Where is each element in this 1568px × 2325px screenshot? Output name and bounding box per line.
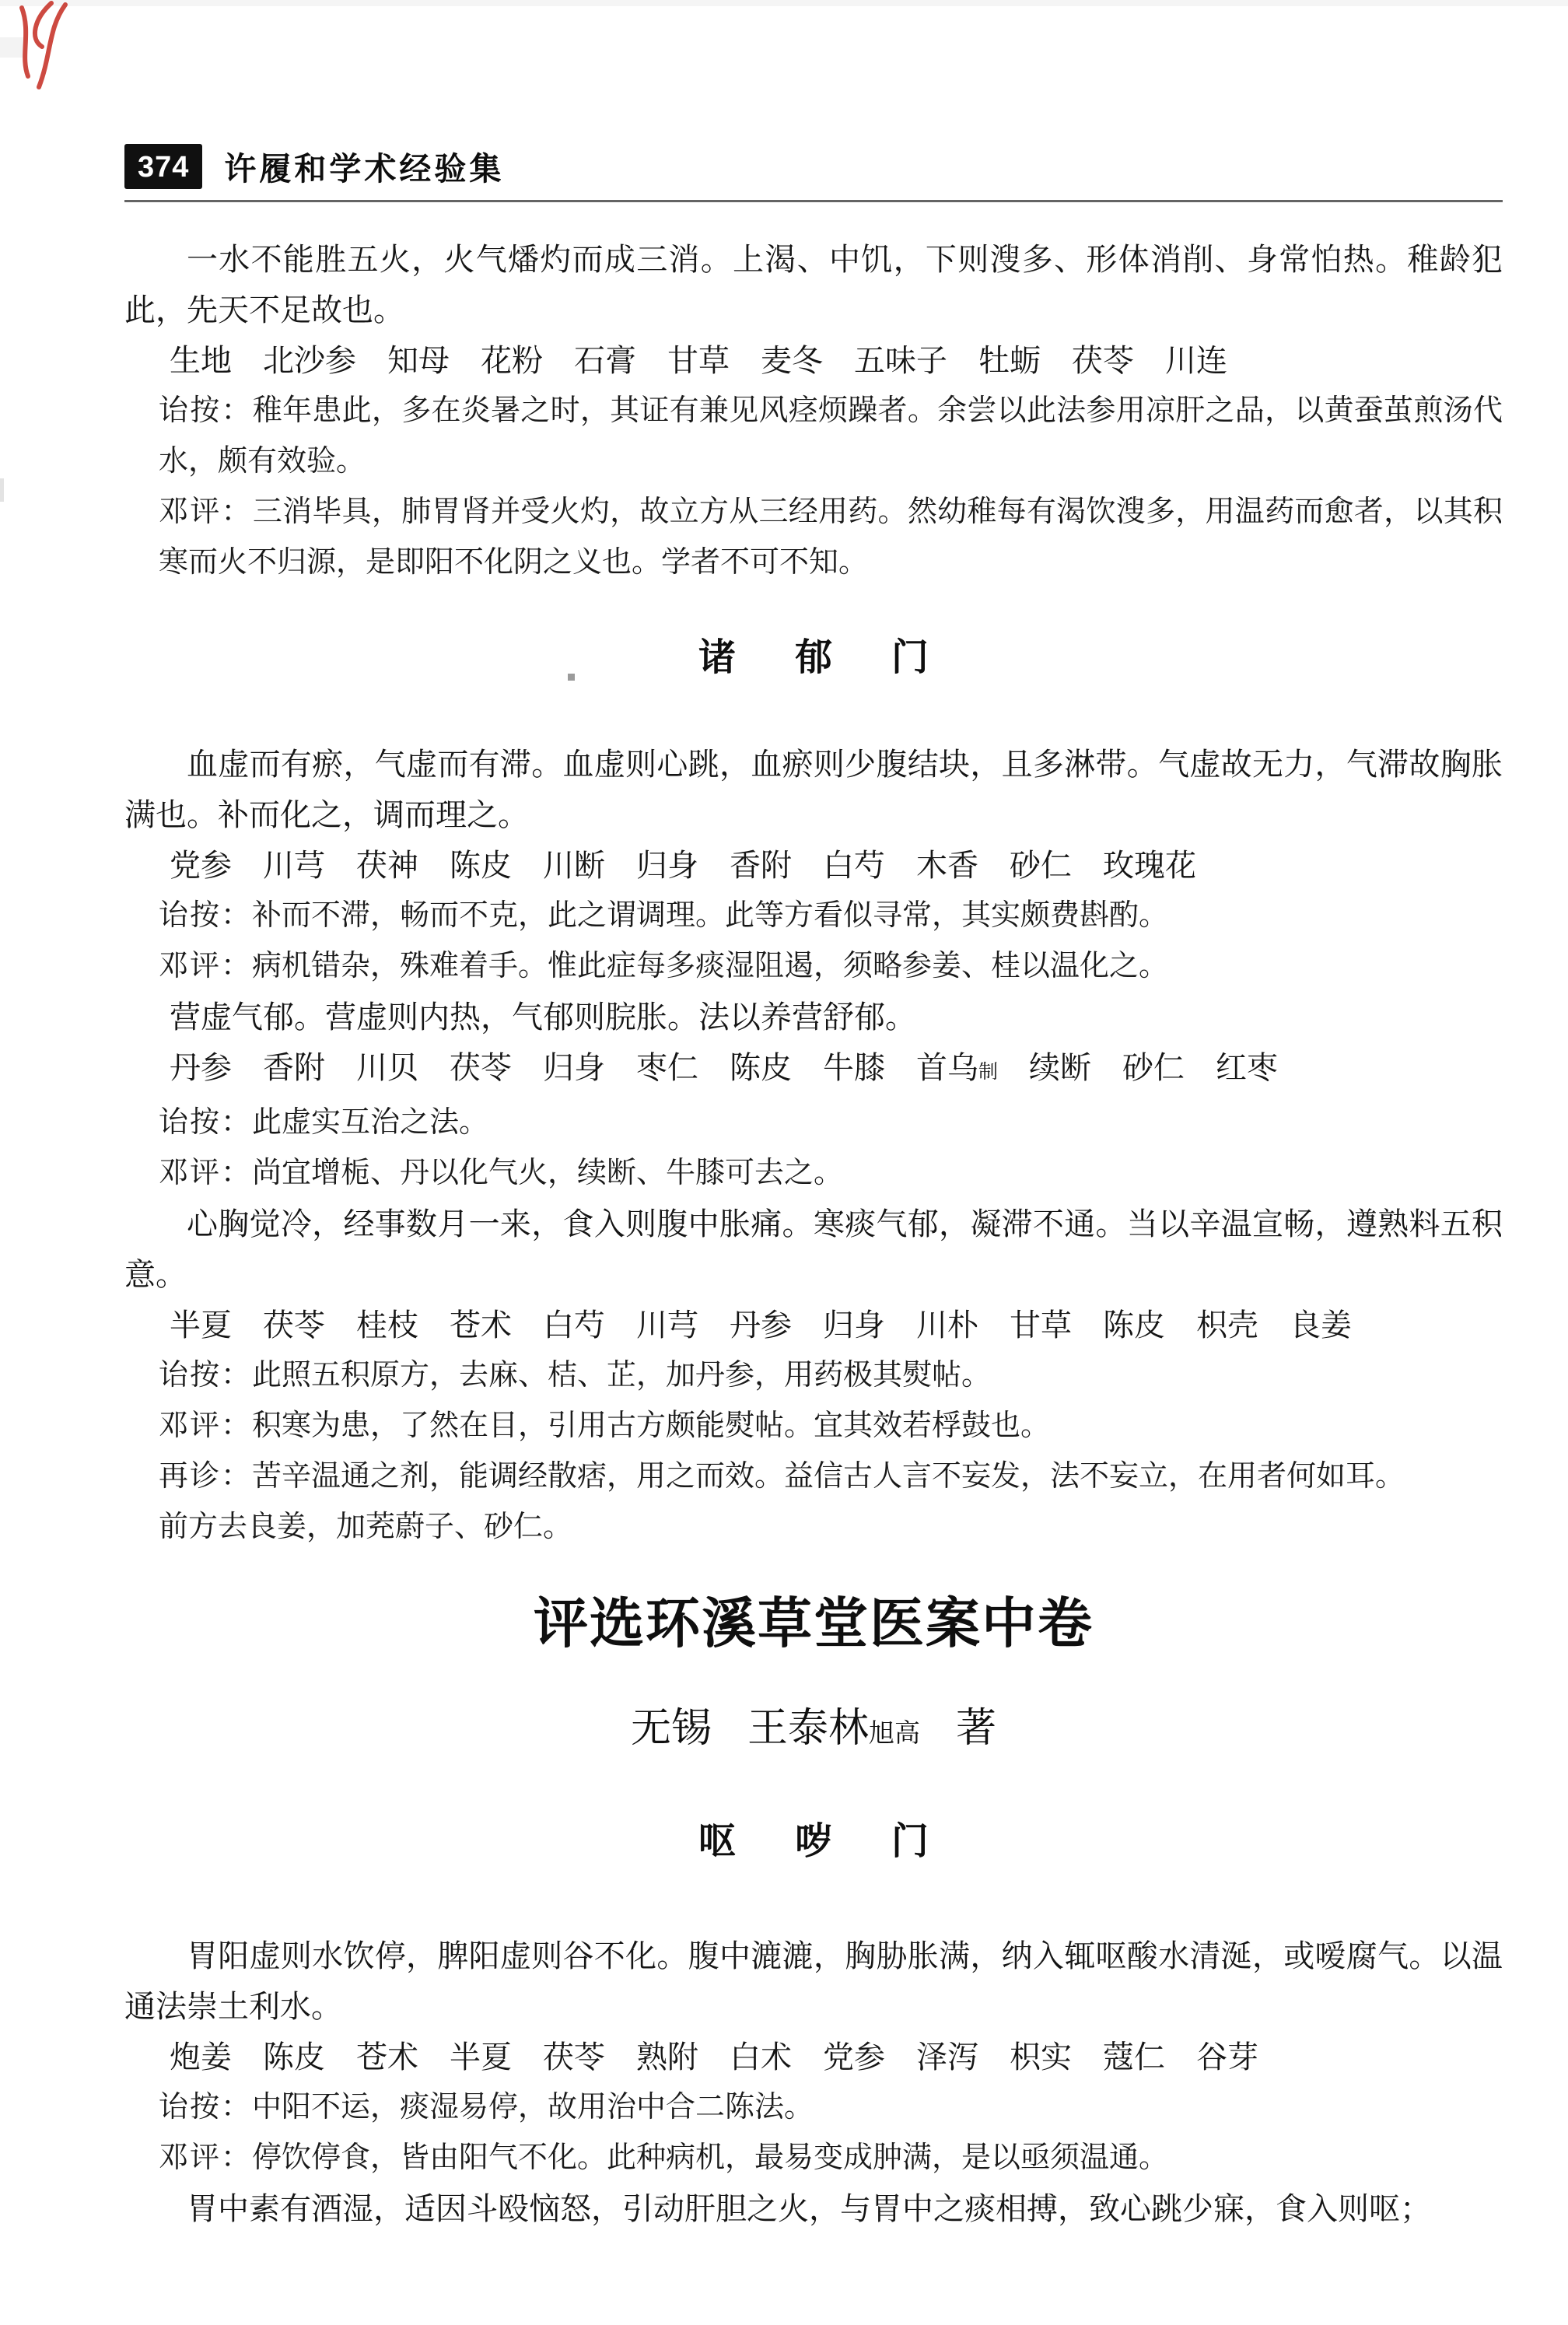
herb-item: 泽泻	[916, 2040, 978, 2075]
case-paragraph: 胃阳虚则水饮停，脾阳虚则谷不化。腹中漉漉，胸胁胀满，纳入辄呕酸水清涎，或嗳腐气。…	[124, 1931, 1503, 2032]
section-ouyue: 胃阳虚则水饮停，脾阳虚则谷不化。腹中漉漉，胸胁胀满，纳入辄呕酸水清涎，或嗳腐气。…	[124, 1931, 1503, 2234]
herb-name: 首乌	[916, 1050, 978, 1085]
herb-item: 枣仁	[636, 1050, 698, 1085]
herb-item: 陈皮	[263, 2040, 325, 2075]
herb-item: 川连	[1165, 343, 1227, 378]
comment-dengping: 邓评：积寒为患，了然在目，引用古方颇能熨帖。宜其效若桴鼓也。	[124, 1401, 1503, 1451]
herb-item: 甘草	[1010, 1308, 1072, 1343]
case-paragraph: 心胸觉冷，经事数月一来，食入则腹中胀痛。寒痰气郁，凝滞不通。当以辛温宣畅，遵熟料…	[124, 1199, 1503, 1300]
comment-dengping: 邓评：尚宜增栀、丹以化气火，续断、牛膝可去之。	[124, 1148, 1503, 1199]
herb-item: 茯苓	[1072, 343, 1134, 378]
herb-item: 陈皮	[450, 848, 512, 883]
red-pen-mark-icon	[8, 0, 82, 96]
herb-list: 半夏茯苓桂枝苍术白芍川芎丹参归身川朴甘草陈皮枳壳良姜	[124, 1300, 1503, 1350]
comment-text: 积寒为患，了然在目，引用古方颇能熨帖。宜其效若桴鼓也。	[252, 1409, 1050, 1442]
herb-item: 花粉	[481, 343, 543, 378]
herb-item: 茯苓	[543, 2040, 605, 2075]
comment-text: 此照五积原方，去麻、桔、芷，加丹参，用药极其熨帖。	[252, 1359, 991, 1392]
comment-label: 邓评：	[159, 1157, 252, 1189]
case-paragraph: 胃中素有酒湿，适因斗殴恼怒，引动肝胆之火，与胃中之痰相搏，致心跳少寐，食入则呕；	[124, 2183, 1503, 2234]
scan-edge-artifact	[0, 478, 4, 502]
herb-item: 归身	[543, 1050, 605, 1085]
herb-item: 蔻仁	[1103, 2040, 1165, 2075]
herb-item: 白术	[730, 2040, 792, 2075]
herb-prep-note: 制	[978, 1062, 998, 1083]
herb-item: 熟附	[636, 2040, 698, 2075]
herb-item: 续断	[1029, 1050, 1091, 1085]
herb-item: 川贝	[356, 1050, 418, 1085]
author-name: 王泰林旭高	[747, 1700, 920, 1763]
section-heading-zhuyumen: 诸郁门	[124, 633, 1503, 683]
herb-list: 丹参香附川贝茯苓归身枣仁陈皮牛膝首乌制续断砂仁红枣	[124, 1042, 1503, 1098]
herb-item: 枳实	[1010, 2040, 1072, 2075]
herb-item: 知母	[387, 343, 450, 378]
comment-label: 邓评：	[159, 1409, 252, 1442]
case-paragraph: 一水不能胜五火，火气燔灼而成三消。上渴、中饥，下则溲多、形体消削、身常怕热。稚龄…	[124, 234, 1503, 335]
herb-item: 白芍	[543, 1308, 605, 1343]
herb-item: 砂仁	[1122, 1050, 1185, 1085]
comment-label: 诒按：	[159, 2091, 252, 2124]
author-line: 无锡 王泰林旭高 著	[124, 1700, 1503, 1763]
scanned-book-page: 374 许履和学术经验集 一水不能胜五火，火气燔灼而成三消。上渴、中饥，下则溲多…	[0, 0, 1568, 2325]
comment-label: 诒按：	[159, 1359, 252, 1392]
herb-item: 半夏	[450, 2040, 512, 2075]
herb-item: 陈皮	[730, 1050, 792, 1085]
herb-item: 川芎	[636, 1308, 698, 1343]
comment-yian: 诒按：补而不滞，畅而不克，此之谓调理。此等方看似寻常，其实颇费斟酌。	[124, 891, 1503, 941]
herb-item: 生地	[170, 343, 232, 378]
herb-list: 党参川芎茯神陈皮川断归身香附白芍木香砂仁玫瑰花	[124, 840, 1503, 891]
comment-zaizhen: 再诊：苦辛温通之剂，能调经散痞，用之而效。益信古人言不妄发，法不妄立，在用者何如…	[124, 1451, 1503, 1502]
herb-item: 半夏	[170, 1308, 232, 1343]
comment-text: 此虚实互治之法。	[252, 1106, 488, 1139]
case-paragraph: 营虚气郁。营虚则内热，气郁则脘胀。法以养营舒郁。	[124, 992, 1503, 1042]
herb-item: 桂枝	[356, 1308, 418, 1343]
comment-label: 邓评：	[159, 950, 252, 982]
herb-item: 红枣	[1216, 1050, 1278, 1085]
comment-dengping: 邓评：停饮停食，皆由阳气不化。此种病机，最易变成肿满，是以亟须温通。	[124, 2133, 1503, 2183]
herb-list: 炮姜陈皮苍术半夏茯苓熟附白术党参泽泻枳实蔻仁谷芽	[124, 2032, 1503, 2082]
comment-text: 稚年患此，多在炎暑之时，其证有兼见风痉烦躁者。余尝以此法参用凉肝之品，以黄蚕茧煎…	[159, 394, 1503, 478]
herb-item: 党参	[823, 2040, 885, 2075]
herb-item: 苍术	[356, 2040, 418, 2075]
comment-text: 病机错杂，殊难着手。惟此症每多痰湿阻遏，须略参姜、桂以温化之。	[252, 950, 1168, 982]
author-role: 著	[956, 1700, 996, 1758]
herb-item: 党参	[170, 848, 232, 883]
comment-yian: 诒按：中阳不运，痰湿易停，故用治中合二陈法。	[124, 2082, 1503, 2133]
herb-item: 北沙参	[263, 343, 356, 378]
herb-item: 川断	[543, 848, 605, 883]
herb-item: 枳壳	[1196, 1308, 1258, 1343]
herb-item: 砂仁	[1010, 848, 1072, 883]
herb-item: 炮姜	[170, 2040, 232, 2075]
herb-item: 川芎	[263, 848, 325, 883]
herb-item: 丹参	[730, 1308, 792, 1343]
herb-item: 麦冬	[761, 343, 823, 378]
case-paragraph: 血虚而有瘀，气虚而有滞。血虚则心跳，血瘀则少腹结块，且多淋带。气虚故无力，气滞故…	[124, 739, 1503, 840]
herb-item: 木香	[916, 848, 978, 883]
herb-item: 玫瑰花	[1103, 848, 1196, 883]
herb-item: 石膏	[574, 343, 636, 378]
herb-item: 苍术	[450, 1308, 512, 1343]
herb-item: 谷芽	[1196, 2040, 1258, 2075]
herb-item: 茯神	[356, 848, 418, 883]
book-title: 许履和学术经验集	[224, 143, 504, 189]
comment-text: 停饮停食，皆由阳气不化。此种病机，最易变成肿满，是以亟须温通。	[252, 2141, 1168, 2174]
author-place: 无锡	[631, 1700, 712, 1758]
herb-item: 香附	[730, 848, 792, 883]
herb-item: 牛膝	[823, 1050, 885, 1085]
author-courtesy-name: 旭高	[869, 1720, 920, 1748]
herb-item: 丹参	[170, 1050, 232, 1085]
section-sanxiao: 一水不能胜五火，火气燔灼而成三消。上渴、中饥，下则溲多、形体消削、身常怕热。稚龄…	[124, 234, 1503, 1867]
herb-item: 茯苓	[450, 1050, 512, 1085]
comment-label: 诒按：	[159, 1106, 252, 1139]
page-content: 374 许履和学术经验集 一水不能胜五火，火气燔灼而成三消。上渴、中饥，下则溲多…	[124, 0, 1503, 2234]
comment-followup: 前方去良姜，加茺蔚子、砂仁。	[124, 1502, 1503, 1553]
herb-item: 良姜	[1290, 1308, 1352, 1343]
comment-text: 三消毕具，肺胃肾并受火灼，故立方从三经用药。然幼稚每有渴饮溲多，用温药而愈者，以…	[159, 495, 1503, 579]
herb-item: 陈皮	[1103, 1308, 1165, 1343]
herb-list: 生地北沙参知母花粉石膏甘草麦冬五味子牡蛎茯苓川连	[124, 335, 1503, 386]
comment-dengping: 邓评：病机错杂，殊难着手。惟此症每多痰湿阻遏，须略参姜、桂以温化之。	[124, 941, 1503, 992]
herb-item: 归身	[823, 1308, 885, 1343]
comment-label: 邓评：	[159, 495, 253, 528]
comment-text: 苦辛温通之剂，能调经散痞，用之而效。益信古人言不妄发，法不妄立，在用者何如耳。	[252, 1460, 1405, 1493]
comment-label: 诒按：	[159, 394, 253, 427]
herb-item: 首乌制	[916, 1050, 998, 1085]
section-heading-ouyuemen: 呕哕门	[124, 1817, 1503, 1867]
herb-item: 归身	[636, 848, 698, 883]
comment-label: 再诊：	[159, 1460, 252, 1493]
herb-item: 白芍	[823, 848, 885, 883]
page-number-badge: 374	[124, 144, 202, 189]
herb-item: 香附	[263, 1050, 325, 1085]
comment-text: 尚宜增栀、丹以化气火，续断、牛膝可去之。	[252, 1157, 843, 1189]
herb-item: 茯苓	[263, 1308, 325, 1343]
herb-item: 川朴	[916, 1308, 978, 1343]
herb-item: 五味子	[854, 343, 947, 378]
herb-item: 甘草	[667, 343, 730, 378]
comment-text: 补而不滞，畅而不克，此之谓调理。此等方看似寻常，其实颇费斟酌。	[252, 899, 1168, 932]
comment-yian: 诒按：此虚实互治之法。	[124, 1098, 1503, 1148]
volume-title: 评选环溪草堂医案中卷	[124, 1588, 1503, 1661]
comment-dengping: 邓评：三消毕具，肺胃肾并受火灼，故立方从三经用药。然幼稚每有渴饮溲多，用温药而愈…	[124, 487, 1503, 588]
comment-yian: 诒按：稚年患此，多在炎暑之时，其证有兼见风痉烦躁者。余尝以此法参用凉肝之品，以黄…	[124, 386, 1503, 487]
comment-yian: 诒按：此照五积原方，去麻、桔、芷，加丹参，用药极其熨帖。	[124, 1350, 1503, 1401]
comment-text: 中阳不运，痰湿易停，故用治中合二陈法。	[252, 2091, 814, 2124]
comment-label: 诒按：	[159, 899, 252, 932]
herb-item: 牡蛎	[978, 343, 1041, 378]
page-header: 374 许履和学术经验集	[124, 143, 1503, 202]
comment-text: 前方去良姜，加茺蔚子、砂仁。	[159, 1511, 572, 1543]
comment-label: 邓评：	[159, 2141, 252, 2174]
